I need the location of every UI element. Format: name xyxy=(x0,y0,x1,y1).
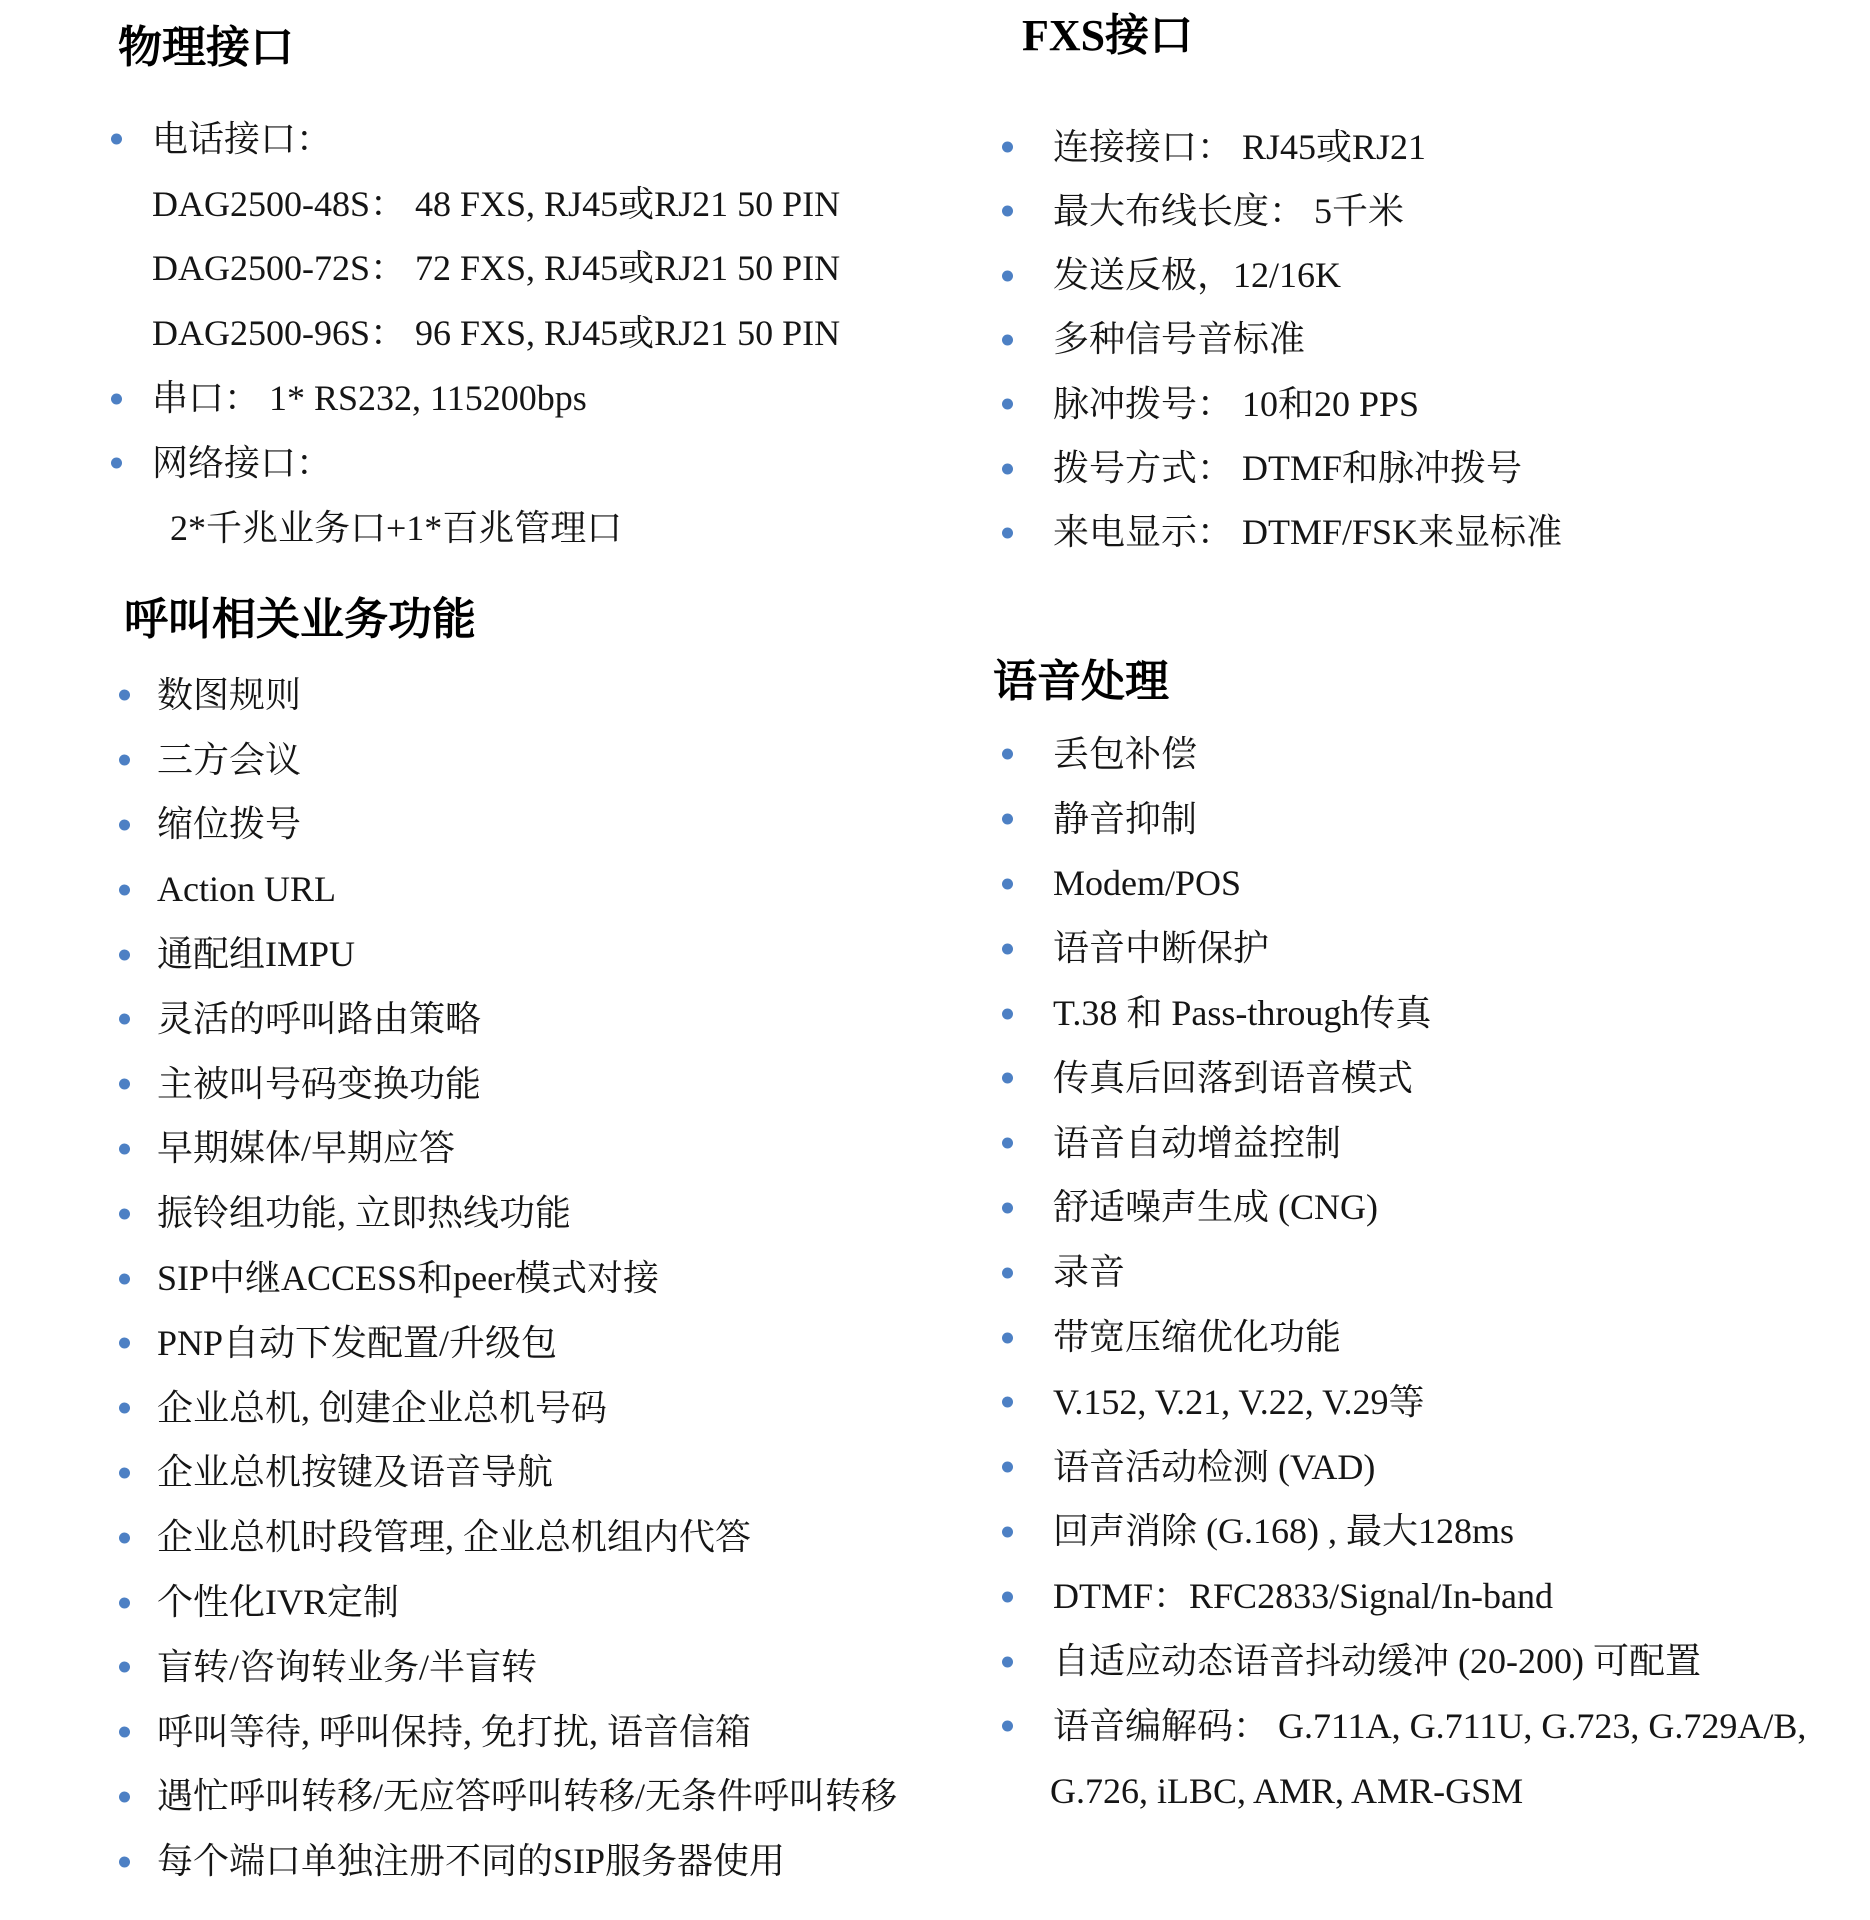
list-item: 静音抑制 xyxy=(0,787,1870,852)
bullet-icon xyxy=(119,1856,130,1867)
bullet-icon xyxy=(1002,1397,1013,1408)
list-item: 录音 xyxy=(0,1240,1870,1305)
bullet-icon xyxy=(1002,1721,1013,1732)
list-item-text: 语音中断保护 xyxy=(1053,927,1269,970)
list-item-text: 回声消除 (G.168) , 最大128ms xyxy=(1053,1510,1514,1553)
list-item-text: Modem/POS xyxy=(1053,862,1241,905)
list-item-text: V.152, V.21, V.22, V.29等 xyxy=(1053,1381,1424,1424)
list-item: 最大布线长度： 5千米 xyxy=(0,179,1870,243)
bullet-icon xyxy=(1002,270,1013,281)
bullet-icon xyxy=(1002,206,1013,217)
bullet-icon xyxy=(1002,1008,1013,1019)
list-item-text: 舒适噪声生成 (CNG) xyxy=(1053,1186,1378,1229)
list-item: 语音自动增益控制 xyxy=(0,1111,1870,1176)
section-title-voice-processing: 语音处理 xyxy=(993,658,1169,706)
list-item: V.152, V.21, V.22, V.29等 xyxy=(0,1370,1870,1435)
list-item-text: 来电显示： DTMF/FSK来显标准 xyxy=(1053,511,1562,554)
list-item: 传真后回落到语音模式 xyxy=(0,1046,1870,1111)
bullet-icon xyxy=(1002,1332,1013,1343)
list-item: 语音中断保护 xyxy=(0,916,1870,981)
list-item-text: 拨号方式： DTMF和脉冲拨号 xyxy=(1053,447,1522,490)
bullet-icon xyxy=(1002,1138,1013,1149)
list-item: 发送反极，12/16K xyxy=(0,244,1870,308)
list-item-text: 连接接口： RJ45或RJ21 xyxy=(1053,126,1426,169)
list-item-text: 语音活动检测 (VAD) xyxy=(1053,1446,1375,1489)
voice-processing-list: 丢包补偿 静音抑制 Modem/POS 语音中断保护 T.38 和 Pass-t… xyxy=(0,722,1870,1824)
bullet-icon xyxy=(1002,943,1013,954)
list-item-continuation: G.726, iLBC, AMR, AMR-GSM xyxy=(0,1759,1870,1824)
list-item: 来电显示： DTMF/FSK来显标准 xyxy=(0,501,1870,565)
list-item: 每个端口单独注册不同的SIP服务器使用 xyxy=(0,1829,1870,1894)
list-item: 多种信号音标准 xyxy=(0,308,1870,372)
list-item-text: 数图规则 xyxy=(157,674,301,717)
bullet-icon xyxy=(1002,1202,1013,1213)
list-item-text: 语音编解码： G.711A, G.711U, G.723, G.729A/B, xyxy=(1053,1705,1806,1748)
list-item: 舒适噪声生成 (CNG) xyxy=(0,1176,1870,1241)
list-item-text: 传真后回落到语音模式 xyxy=(1053,1057,1413,1100)
bullet-icon xyxy=(1002,1526,1013,1537)
bullet-icon xyxy=(1002,1267,1013,1278)
bullet-icon xyxy=(1002,463,1013,474)
list-item: 语音编解码： G.711A, G.711U, G.723, G.729A/B, xyxy=(0,1694,1870,1759)
list-item: DTMF：RFC2833/Signal/In-band xyxy=(0,1564,1870,1629)
bullet-icon xyxy=(1002,878,1013,889)
bullet-icon xyxy=(1002,749,1013,760)
list-item-text: DTMF：RFC2833/Signal/In-band xyxy=(1053,1575,1553,1618)
list-item-text: T.38 和 Pass-through传真 xyxy=(1053,992,1431,1035)
list-item-text: 自适应动态语音抖动缓冲 (20-200) 可配置 xyxy=(1053,1640,1701,1683)
list-item: 数图规则 xyxy=(0,663,1870,728)
list-item: 连接接口： RJ45或RJ21 xyxy=(0,115,1870,179)
list-item: 回声消除 (G.168) , 最大128ms xyxy=(0,1500,1870,1565)
bullet-icon xyxy=(119,690,130,701)
list-item: 拨号方式： DTMF和脉冲拨号 xyxy=(0,436,1870,500)
fxs-interface-list: 连接接口： RJ45或RJ21 最大布线长度： 5千米 发送反极，12/16K … xyxy=(0,115,1870,565)
list-item: 丢包补偿 xyxy=(0,722,1870,787)
list-item-text: 静音抑制 xyxy=(1053,798,1197,841)
bullet-icon xyxy=(1002,1462,1013,1473)
bullet-icon xyxy=(1002,399,1013,410)
list-item-text: 最大布线长度： 5千米 xyxy=(1053,190,1404,233)
list-item-text: 脉冲拨号： 10和20 PPS xyxy=(1053,383,1419,426)
bullet-icon xyxy=(1002,335,1013,346)
list-item-text: 丢包补偿 xyxy=(1053,733,1197,776)
section-title-physical-interfaces: 物理接口 xyxy=(118,24,294,72)
list-item: Modem/POS xyxy=(0,852,1870,917)
bullet-icon xyxy=(1002,1656,1013,1667)
list-item: 语音活动检测 (VAD) xyxy=(0,1435,1870,1500)
bullet-icon xyxy=(1002,1073,1013,1084)
list-item-text: 多种信号音标准 xyxy=(1053,318,1305,361)
list-item: 自适应动态语音抖动缓冲 (20-200) 可配置 xyxy=(0,1629,1870,1694)
section-title-fxs-interface: FXS接口 xyxy=(1022,12,1193,60)
list-item-text: 语音自动增益控制 xyxy=(1053,1122,1341,1165)
bullet-icon xyxy=(1002,142,1013,153)
bullet-icon xyxy=(1002,527,1013,538)
list-item-text: 发送反极，12/16K xyxy=(1053,254,1341,297)
bullet-icon xyxy=(1002,1591,1013,1602)
list-item: 带宽压缩优化功能 xyxy=(0,1305,1870,1370)
section-title-call-features: 呼叫相关业务功能 xyxy=(124,596,476,644)
list-item-text: 每个端口单独注册不同的SIP服务器使用 xyxy=(157,1840,785,1883)
list-item: T.38 和 Pass-through传真 xyxy=(0,981,1870,1046)
list-item: 脉冲拨号： 10和20 PPS xyxy=(0,372,1870,436)
list-item-text: 录音 xyxy=(1053,1251,1125,1294)
bullet-icon xyxy=(1002,814,1013,825)
list-item-text: G.726, iLBC, AMR, AMR-GSM xyxy=(1050,1770,1523,1813)
list-item-text: 带宽压缩优化功能 xyxy=(1053,1316,1341,1359)
